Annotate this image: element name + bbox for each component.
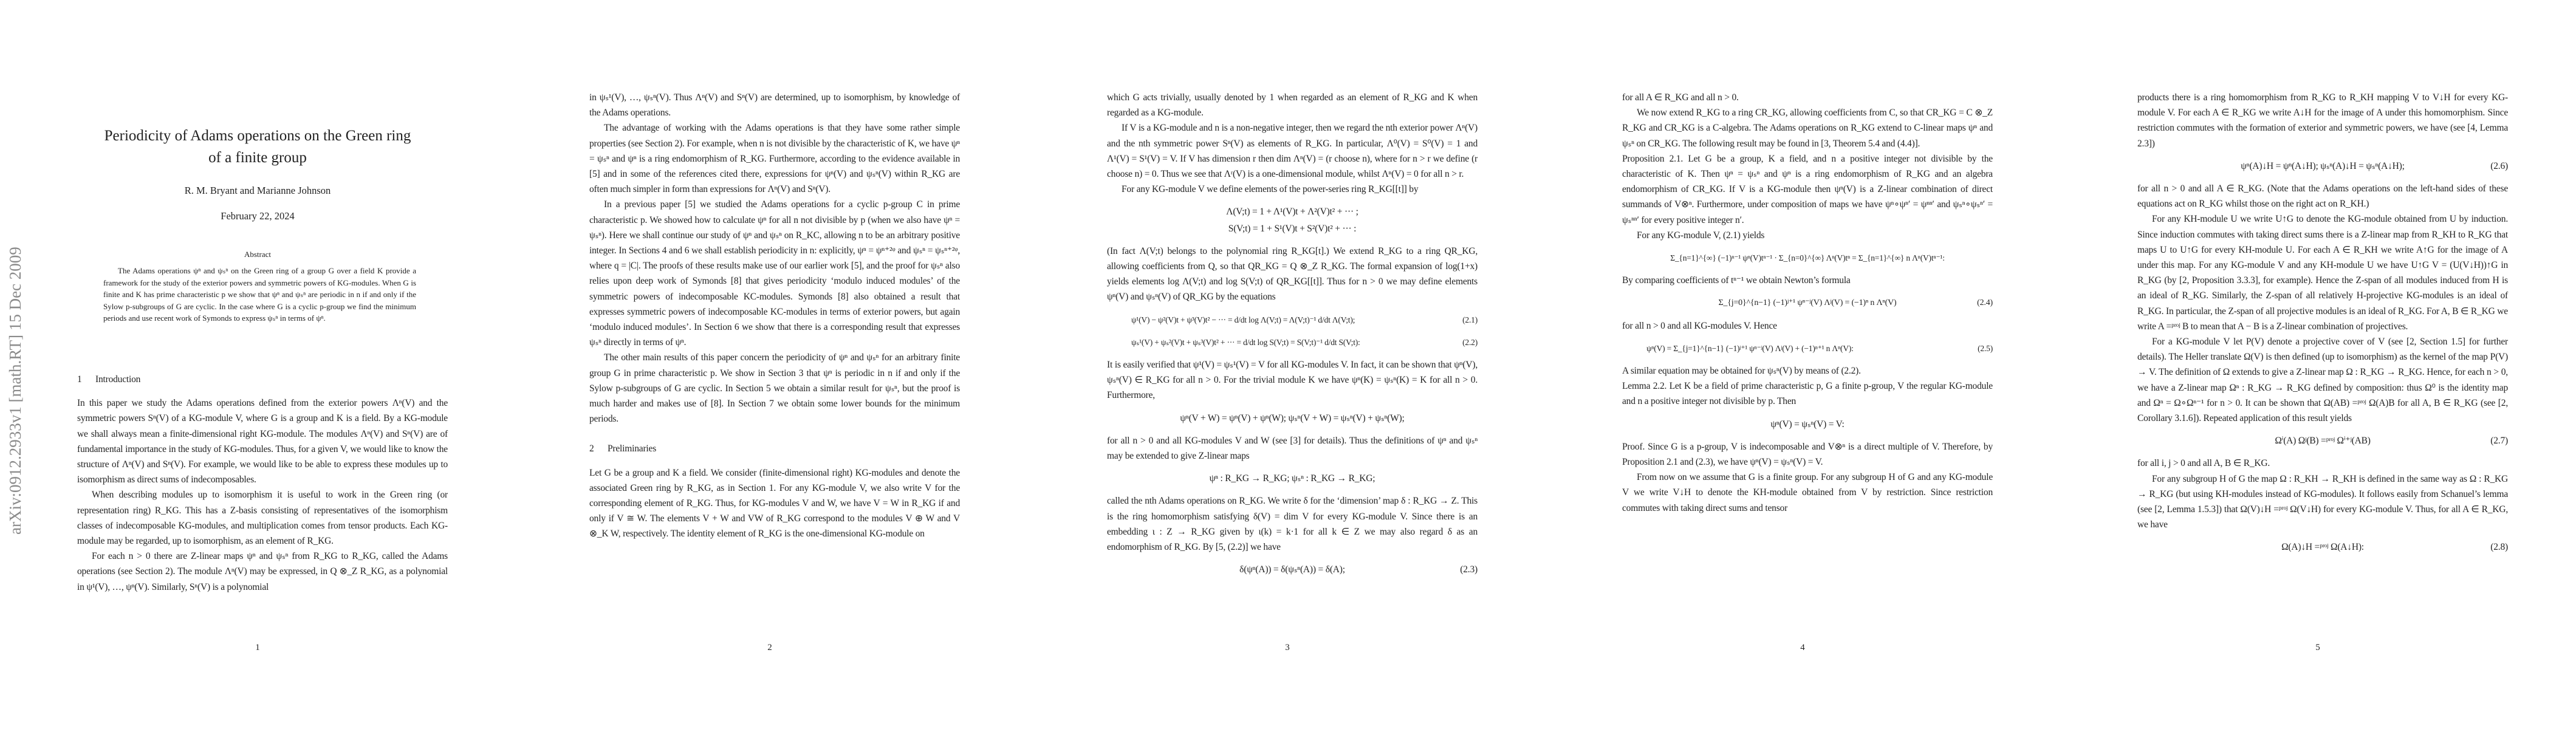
proposition-label: Proposition 2.1.: [1622, 154, 1683, 164]
equation-number: (2.6): [2490, 159, 2508, 174]
paragraph: In this paper we study the Adams operati…: [77, 395, 448, 487]
section-number: 2: [589, 441, 608, 456]
paragraph: called the nth Adams operations on R_KG.…: [1107, 493, 1478, 555]
proof: Proof. Since G is a p-group, V is indeco…: [1622, 439, 1993, 470]
proof-label: Proof.: [1622, 442, 1645, 452]
equation-body: Σ_{j=0}^{n−1} (−1)ʲ⁺¹ ψⁿ⁻ʲ(V) Λʲ(V) = (−…: [1718, 298, 1896, 307]
paragraph: For a KG-module V let P(V) denote a proj…: [2137, 334, 2508, 426]
paragraph: We now extend R_KG to a ring CR_KG, allo…: [1622, 105, 1993, 151]
lemma-label: Lemma 2.2.: [1622, 381, 1667, 391]
equation-number: (2.8): [2490, 539, 2508, 555]
proposition-text: Let G be a group, K a field, and n a pos…: [1622, 154, 1993, 225]
page-4: for all A ∈ R_KG and all n > 0. We now e…: [1545, 0, 2060, 729]
equation-maps: ψⁿ : R_KG → R_KG; ψₛⁿ : R_KG → R_KG;: [1107, 471, 1478, 486]
equation-2-1: ψ¹(V) − ψ²(V)t + ψ³(V)t² − ··· = d/dt lo…: [1107, 312, 1478, 327]
equation-number: (2.3): [1460, 562, 1478, 577]
page-2-body: in ψₛ¹(V), …, ψₛⁿ(V). Thus Λⁿ(V) and Sⁿ(…: [589, 90, 960, 542]
equation-additivity: ψⁿ(V + W) = ψⁿ(V) + ψⁿ(W); ψₛⁿ(V + W) = …: [1107, 411, 1478, 426]
paragraph: In a previous paper [5] we studied the A…: [589, 197, 960, 350]
page-number: 5: [2060, 643, 2575, 653]
section-heading-1: 1Introduction: [77, 372, 448, 387]
paragraph: For any KH-module U we write U↑G to deno…: [2137, 211, 2508, 334]
paragraph: for all i, j > 0 and all A, B ∈ R_KG.: [2137, 456, 2508, 471]
equation-body: ψ¹(V) − ψ²(V)t + ψ³(V)t² − ··· = d/dt lo…: [1131, 315, 1355, 324]
equation-2-3: δ(ψⁿ(A)) = δ(ψₛⁿ(A)) = δ(A); (2.3): [1107, 562, 1478, 577]
paragraph: From now on we assume that G is a finite…: [1622, 470, 1993, 516]
proof-text: Since G is a p-group, V is indecomposabl…: [1622, 442, 1993, 467]
paragraph: For any KG-module V we define elements o…: [1107, 182, 1478, 197]
equation-2-8: Ω(A)↓H =ᵖʳᵒʲ Ω(A↓H): (2.8): [2137, 539, 2508, 555]
date: February 22, 2024: [0, 210, 515, 222]
lemma-text: Let K be a field of prime characteristic…: [1622, 381, 1993, 406]
title-line-1: Periodicity of Adams operations on the G…: [0, 125, 515, 147]
page-4-body: for all A ∈ R_KG and all n > 0. We now e…: [1622, 90, 1993, 516]
paragraph: (In fact Λ(V;t) belongs to the polynomia…: [1107, 244, 1478, 305]
paragraph: A similar equation may be obtained for ψ…: [1622, 363, 1993, 378]
equation-lemma: ψⁿ(V) = ψₛⁿ(V) = V:: [1622, 417, 1993, 432]
equation-number: (2.1): [1462, 312, 1478, 327]
abstract-body: The Adams operations ψⁿ and ψₛⁿ on the G…: [103, 265, 416, 324]
equation-lambda-series: Λ(V;t) = 1 + Λ¹(V)t + Λ²(V)t² + ··· ;: [1107, 204, 1478, 219]
paragraph: Let G be a group and K a field. We consi…: [589, 465, 960, 542]
paragraph: By comparing coefficients of tⁿ⁻¹ we obt…: [1622, 273, 1993, 288]
equation-body: Ω(A)↓H =ᵖʳᵒʲ Ω(A↓H):: [2281, 542, 2364, 552]
section-title: Preliminaries: [608, 443, 656, 454]
paragraph: products there is a ring homomorphism fr…: [2137, 90, 2508, 151]
paragraph: The advantage of working with the Adams …: [589, 120, 960, 197]
equation-2-2: ψₛ¹(V) + ψₛ²(V)t + ψₛ³(V)t² + ··· = d/dt…: [1107, 335, 1478, 350]
abstract-heading: Abstract: [0, 250, 515, 259]
paragraph: For any KG-module V, (2.1) yields: [1622, 228, 1993, 243]
section-heading-2: 2Preliminaries: [589, 441, 960, 456]
equation-body: ψₛ¹(V) + ψₛ²(V)t + ψₛ³(V)t² + ··· = d/dt…: [1131, 338, 1360, 347]
section-title: Introduction: [95, 374, 140, 385]
paragraph: For any subgroup H of G the map Ω : R_KH…: [2137, 471, 2508, 533]
paragraph: The other main results of this paper con…: [589, 350, 960, 426]
equation-number: (2.7): [2490, 433, 2508, 448]
equation-2-5: ψⁿ(V) = Σ_{j=1}^{n−1} (−1)ʲ⁺¹ ψⁿ⁻ʲ(V) Λʲ…: [1622, 341, 1993, 356]
page-number: 1: [0, 643, 515, 653]
page-2: in ψₛ¹(V), …, ψₛⁿ(V). Thus Λⁿ(V) and Sⁿ(…: [512, 0, 1027, 729]
equation-s-series: S(V;t) = 1 + S¹(V)t + S²(V)t² + ··· :: [1107, 221, 1478, 236]
arxiv-stamp-text: arXiv:0912.2933v1 [math.RT] 15 Dec 2009: [6, 247, 25, 535]
paragraph: If V is a KG-module and n is a non-negat…: [1107, 120, 1478, 182]
page-1-body: 1Introduction In this paper we study the…: [77, 372, 448, 595]
page-number: 2: [512, 643, 1027, 653]
equation-sum: Σ_{n=1}^{∞} (−1)ⁿ⁻¹ ψⁿ(V)tⁿ⁻¹ · Σ_{n=0}^…: [1622, 250, 1993, 265]
paragraph: for all A ∈ R_KG and all n > 0.: [1622, 90, 1993, 105]
paragraph: for all n > 0 and all KG-modules V. Henc…: [1622, 318, 1993, 334]
title-line-2: of a finite group: [0, 147, 515, 169]
equation-body: ψⁿ(A)↓H = ψⁿ(A↓H); ψₛⁿ(A)↓H = ψₛⁿ(A↓H);: [2241, 161, 2404, 171]
lemma-2-2: Lemma 2.2. Let K be a field of prime cha…: [1622, 378, 1993, 409]
equation-body: Ωⁱ(A) Ωʲ(B) =ᵖʳᵒʲ Ωⁱ⁺ʲ(AB): [2275, 436, 2370, 446]
equation-2-7: Ωⁱ(A) Ωʲ(B) =ᵖʳᵒʲ Ωⁱ⁺ʲ(AB) (2.7): [2137, 433, 2508, 448]
equation-body: δ(ψⁿ(A)) = δ(ψₛⁿ(A)) = δ(A);: [1239, 564, 1345, 575]
paragraph: for all n > 0 and all KG-modules V and W…: [1107, 433, 1478, 464]
page-1: arXiv:0912.2933v1 [math.RT] 15 Dec 2009 …: [0, 0, 515, 729]
paragraph: for all n > 0 and all A ∈ R_KG. (Note th…: [2137, 181, 2508, 211]
page-3: which G acts trivially, usually denoted …: [1030, 0, 1545, 729]
authors: R. M. Bryant and Marianne Johnson: [0, 185, 515, 197]
abstract-text: The Adams operations ψⁿ and ψₛⁿ on the G…: [103, 265, 416, 324]
equation-number: (2.2): [1462, 335, 1478, 350]
paper-title: Periodicity of Adams operations on the G…: [0, 125, 515, 169]
equation-2-6: ψⁿ(A)↓H = ψⁿ(A↓H); ψₛⁿ(A)↓H = ψₛⁿ(A↓H); …: [2137, 159, 2508, 174]
equation-2-4: Σ_{j=0}^{n−1} (−1)ʲ⁺¹ ψⁿ⁻ʲ(V) Λʲ(V) = (−…: [1622, 295, 1993, 310]
equation-body: ψⁿ(V) = Σ_{j=1}^{n−1} (−1)ʲ⁺¹ ψⁿ⁻ʲ(V) Λʲ…: [1646, 344, 1854, 353]
page-5-body: products there is a ring homomorphism fr…: [2137, 90, 2508, 563]
proposition-2-1: Proposition 2.1. Let G be a group, K a f…: [1622, 151, 1993, 228]
equation-number: (2.4): [1977, 295, 1993, 310]
page-5: products there is a ring homomorphism fr…: [2060, 0, 2575, 729]
paragraph: which G acts trivially, usually denoted …: [1107, 90, 1478, 120]
paragraph: It is easily verified that ψ¹(V) = ψₛ¹(V…: [1107, 357, 1478, 403]
page-number: 4: [1545, 643, 2060, 653]
page-number: 3: [1030, 643, 1545, 653]
equation-number: (2.5): [1978, 341, 1993, 356]
paragraph: in ψₛ¹(V), …, ψₛⁿ(V). Thus Λⁿ(V) and Sⁿ(…: [589, 90, 960, 120]
paragraph: For each n > 0 there are Z-linear maps ψ…: [77, 549, 448, 595]
paragraph: When describing modules up to isomorphis…: [77, 487, 448, 549]
page-3-body: which G acts trivially, usually denoted …: [1107, 90, 1478, 584]
section-number: 1: [77, 372, 95, 387]
